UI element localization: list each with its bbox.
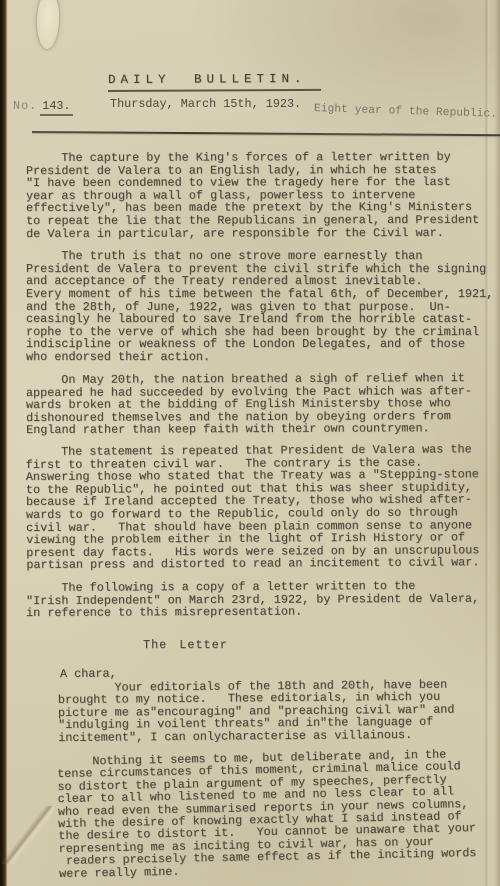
bulletin-paragraph-4: The statement is repeated that President… (26, 444, 497, 573)
document-content: DAILY BULLETIN. No.143. Thursday, March … (0, 0, 500, 880)
document-page: DAILY BULLETIN. No.143. Thursday, March … (0, 0, 500, 886)
bulletin-date: Thursday, March 15th, 1923. (110, 97, 301, 111)
bulletin-paragraph-3: On May 20th, the nation breathed a sigh … (26, 371, 496, 436)
bulletin-paragraph-5: The following is a copy of a letter writ… (26, 580, 496, 620)
bulletin-title: DAILY BULLETIN. (108, 72, 321, 92)
bulletin-paragraph-1: The capture by the King's forces of a le… (26, 151, 496, 240)
republic-era-note: Eight year of the Republic. (314, 103, 497, 121)
bulletin-paragraph-2: The truth is that no one strove more ear… (26, 250, 496, 363)
issue-number: No.143. (13, 99, 73, 113)
bulletin-header: DAILY BULLETIN. No.143. Thursday, March … (0, 0, 500, 133)
bulletin-meta-row: No.143. Thursday, March 15th, 1923. Eigh… (0, 97, 500, 121)
letter-paragraph-1: Your editorials of the 18th and 20th, ha… (58, 678, 497, 744)
letter-heading: The Letter (143, 638, 496, 652)
letter-paragraph-2: Nothing it seems to me, but deliberate a… (57, 747, 497, 879)
letter-section: The Letter A chara, Your editorials of t… (58, 638, 496, 880)
bulletin-body: The capture by the King's forces of a le… (0, 133, 500, 880)
issue-label: No. (13, 99, 37, 113)
issue-value: 143. (40, 99, 72, 116)
